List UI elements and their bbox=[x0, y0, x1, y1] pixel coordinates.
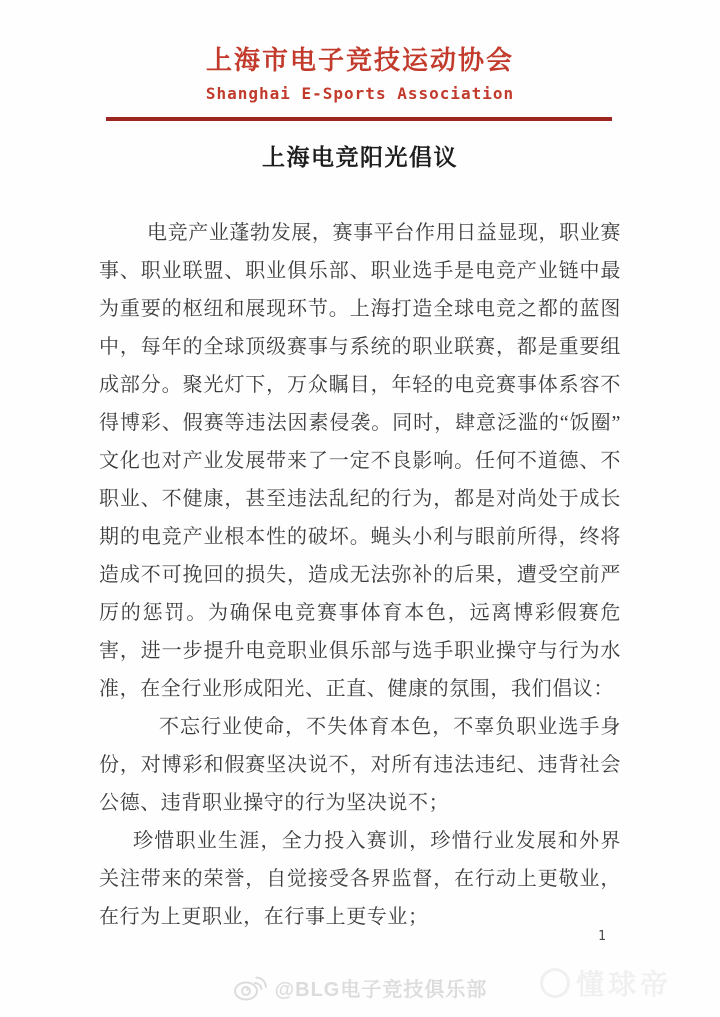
paragraph-intro: 电竞产业蓬勃发展，赛事平台作用日益显现，职业赛事、职业联盟、职业俱乐部、职业选手… bbox=[99, 214, 621, 708]
page-number: 1 bbox=[598, 929, 606, 944]
letterhead-divider-rule bbox=[106, 117, 612, 121]
app-watermark: 懂球帝 bbox=[540, 963, 672, 1003]
paragraph-pledge-2: 珍惜职业生涯，全力投入赛训，珍惜行业发展和外界关注带来的荣誉，自觉接受各界监督，… bbox=[99, 822, 621, 936]
paragraph-pledge-1: 不忘行业使命，不失体育本色，不辜负职业选手身份，对博彩和假赛坚决说不，对所有违法… bbox=[99, 708, 621, 822]
ball-icon bbox=[540, 968, 570, 998]
letterhead: 上海市电子竞技运动协会 Shanghai E-Sports Associatio… bbox=[0, 44, 720, 103]
org-name-chinese: 上海市电子竞技运动协会 bbox=[0, 44, 720, 78]
weibo-credit-text: @BLG电子竞技俱乐部 bbox=[275, 973, 488, 1002]
app-watermark-text: 懂球帝 bbox=[576, 963, 672, 1003]
org-name-english: Shanghai E-Sports Association bbox=[0, 84, 720, 103]
document-page: 上海市电子竞技运动协会 Shanghai E-Sports Associatio… bbox=[0, 0, 720, 1017]
weibo-icon bbox=[233, 974, 267, 1002]
page-title: 上海电竞阳光倡议 bbox=[0, 139, 720, 172]
document-body: 电竞产业蓬勃发展，赛事平台作用日益显现，职业赛事、职业联盟、职业俱乐部、职业选手… bbox=[99, 214, 621, 936]
